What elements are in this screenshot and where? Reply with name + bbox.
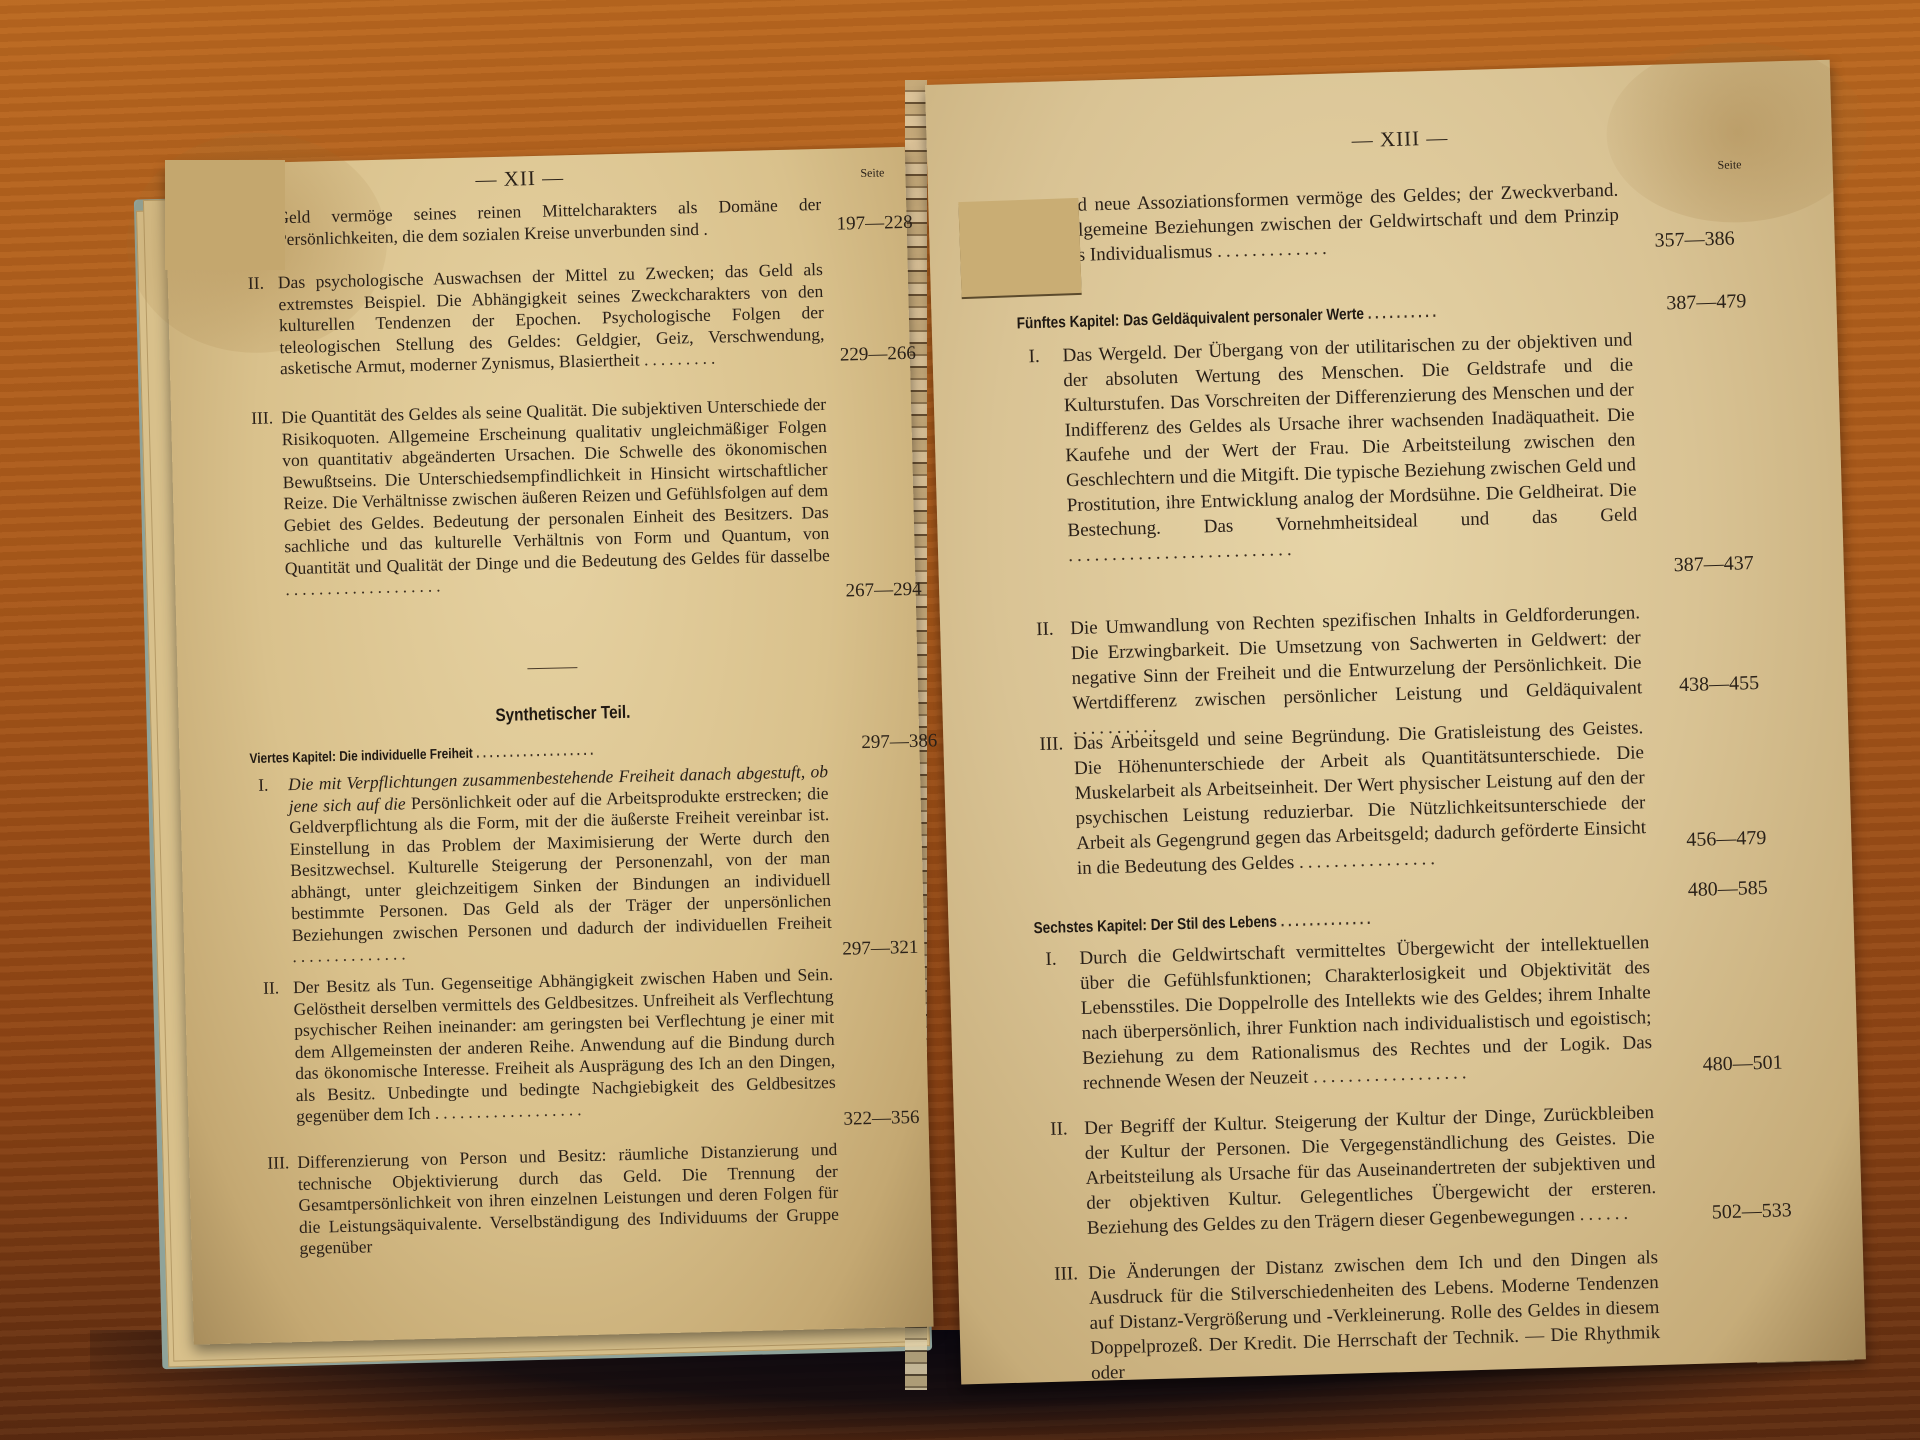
page-range: 387—479 <box>1666 290 1747 315</box>
entry-number: III. <box>267 1152 289 1174</box>
page-range: 267—294 <box>845 579 922 603</box>
folded-page-corner <box>958 198 1081 297</box>
entry-number: III. <box>251 407 273 429</box>
toc-entry: I. Das Wergeld. Der Übergang von der uti… <box>1062 327 1638 568</box>
page-range: 197—228 <box>836 212 913 236</box>
left-page: — XII — Seite Geld vermöge seines reinen… <box>165 147 934 1345</box>
dot-leaders: .................. <box>476 742 597 761</box>
entry-number: II. <box>1050 1116 1068 1141</box>
entry-text: Der Begriff der Kultur. Steigerung der K… <box>1084 1100 1657 1241</box>
page-range: 502—533 <box>1711 1199 1792 1224</box>
page-column-label: Seite <box>1717 157 1741 173</box>
entry-number: II. <box>263 977 280 999</box>
page-number-roman: — XIII — <box>1351 125 1448 153</box>
page-range: 297—321 <box>842 937 919 961</box>
entry-text: Das Arbeitsgeld und seine Begründung. Di… <box>1073 715 1647 881</box>
toc-continuation: und neue Assoziationsformen vermöge des … <box>1058 178 1620 269</box>
toc-entry: III. Die Quantität des Geldes als seine … <box>281 394 831 601</box>
entry-text: Die Quantität des Geldes als seine Quali… <box>281 394 831 601</box>
page-range: 480—585 <box>1687 877 1768 902</box>
page-column-label: Seite <box>860 165 884 181</box>
toc-entry: III. Differenzierung von Person und Besi… <box>297 1139 839 1260</box>
page-range: 229—266 <box>840 343 917 367</box>
page-number-roman: — XII — <box>475 165 564 192</box>
entry-number: I. <box>258 775 269 797</box>
page-range: 357—386 <box>1654 227 1735 252</box>
entry-number: I. <box>1028 344 1040 369</box>
section-divider <box>527 667 577 669</box>
entry-number: III. <box>1054 1261 1078 1287</box>
chapter-heading: Sechstes Kapitel: Der Stil des Lebens ..… <box>1033 911 1374 939</box>
entry-text: Der Besitz als Tun. Gegenseitige Abhängi… <box>293 964 837 1128</box>
toc-entry: I. Die mit Verpflichtungen zusammenbeste… <box>288 761 833 968</box>
toc-entry: III. Das Arbeitsgeld und seine Begründun… <box>1073 715 1647 881</box>
entry-text: Das psychologische Auswachsen der Mittel… <box>278 259 825 380</box>
chapter-heading: Viertes Kapitel: Die individuelle Freihe… <box>249 742 597 766</box>
entry-number: II. <box>248 273 265 295</box>
part-heading: Synthetischer Teil. <box>495 702 630 726</box>
dot-leaders: ............. <box>1280 911 1374 931</box>
page-range: 297—386 <box>861 730 938 754</box>
chapter-title: Viertes Kapitel: Die individuelle Freihe… <box>249 745 473 766</box>
entry-number: II. <box>1036 617 1054 642</box>
entry-number: I. <box>1045 947 1057 972</box>
entry-number: III. <box>1039 731 1063 757</box>
toc-entry: I. Durch die Geldwirtschaft vermitteltes… <box>1079 930 1653 1096</box>
page-stain <box>1604 39 1869 226</box>
toc-entry: III. Die Änderungen der Distanz zwischen… <box>1088 1245 1661 1386</box>
page-range: 456—479 <box>1686 827 1767 852</box>
entry-text: Die mit Verpflichtungen zusammenbestehen… <box>288 761 833 968</box>
entry-text: Durch die Geldwirtschaft vermitteltes Üb… <box>1079 930 1653 1096</box>
entry-text: Das Wergeld. Der Übergang von der utilit… <box>1062 327 1638 568</box>
torn-page-corner <box>165 160 285 270</box>
chapter-title: Sechstes Kapitel: Der Stil des Lebens <box>1033 914 1277 938</box>
page-range: 480—501 <box>1702 1051 1783 1076</box>
entry-text: und neue Assoziationsformen vermöge des … <box>1058 178 1620 269</box>
chapter-title: Fünftes Kapitel: Das Geldäquivalent pers… <box>1016 306 1364 333</box>
toc-entry: II. Der Begriff der Kultur. Steigerung d… <box>1084 1100 1657 1241</box>
toc-entry: II. Der Besitz als Tun. Gegenseitige Abh… <box>293 964 837 1128</box>
toc-entry: II. Das psychologische Auswachsen der Mi… <box>278 259 825 380</box>
dot-leaders: .......... <box>1368 304 1440 323</box>
entry-text: Die Änderungen der Distanz zwischen dem … <box>1088 1245 1661 1386</box>
page-range: 387—437 <box>1673 552 1754 577</box>
page-range: 438—455 <box>1679 672 1760 697</box>
page-range: 322—356 <box>843 1107 920 1131</box>
entry-text: Differenzierung von Person und Besitz: r… <box>297 1139 839 1260</box>
chapter-heading: Fünftes Kapitel: Das Geldäquivalent pers… <box>1016 304 1439 334</box>
